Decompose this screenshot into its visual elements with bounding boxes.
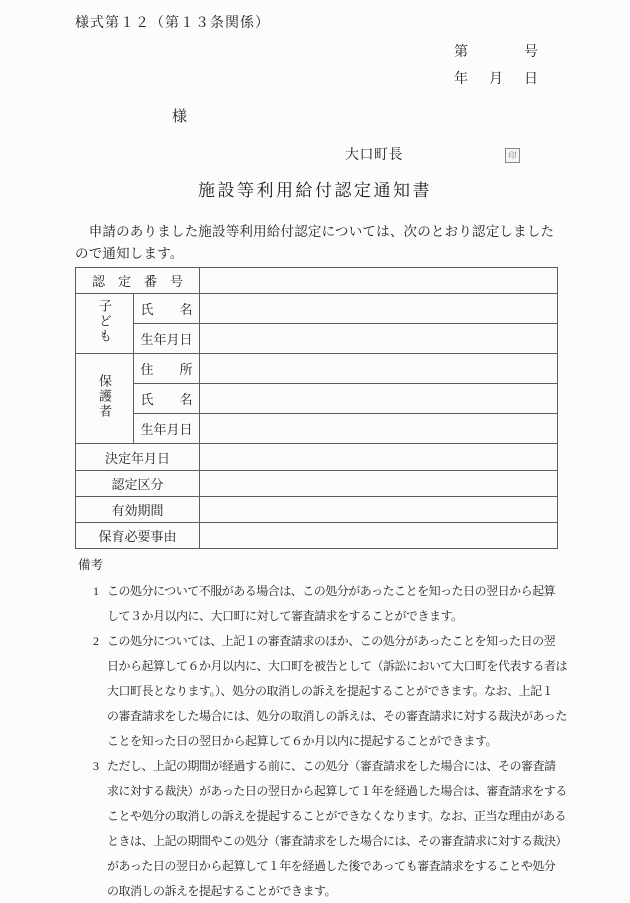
document-title: 施設等利用給付認定通知書	[0, 180, 630, 202]
remarks-item-number: 3	[93, 754, 107, 903]
label-guardian-birthdate: 生年月日	[134, 414, 200, 444]
value-child-birthdate	[200, 324, 558, 354]
remarks-item-text: この処分について不服がある場合は、この処分があったことを知った日の翌日から起算 …	[107, 579, 570, 629]
remarks-line: の審査請求をした場合には、処分の取消しの訴えは、その審査請求に対する裁決があった	[107, 704, 570, 729]
value-cert-number	[200, 268, 558, 294]
doc-number-prefix: 第	[454, 44, 468, 61]
doc-number-suffix: 号	[524, 44, 538, 61]
remarks-item: 1 この処分について不服がある場合は、この処分があったことを知った日の翌日から起…	[93, 579, 570, 629]
remarks-line: の取消しの訴えを提起することができます。	[107, 879, 570, 903]
label-valid-period: 有効期間	[76, 497, 200, 523]
date-line: 年 月 日	[454, 71, 538, 88]
remarks-line: ことを知った日の翌日から起算して６か月以内に提起することができます。	[107, 729, 570, 754]
label-guardian-name: 氏 名	[134, 384, 200, 414]
value-guardian-address	[200, 354, 558, 384]
group-label-guardian-text: 保護者	[98, 374, 111, 419]
label-child-birthdate: 生年月日	[134, 324, 200, 354]
remarks-item-number: 2	[93, 629, 107, 754]
value-guardian-birthdate	[200, 414, 558, 444]
remarks-item-text: この処分については、上記１の審査請求のほか、この処分があったことを知った日の翌 …	[107, 629, 570, 754]
remarks-line: して３か月以内に、大口町に対して審査請求をすることができます。	[107, 604, 570, 629]
value-guardian-name	[200, 384, 558, 414]
remarks-line: この処分について不服がある場合は、この処分があったことを知った日の翌日から起算	[107, 579, 570, 604]
value-certification-category	[200, 471, 558, 497]
date-month-label: 月	[489, 71, 503, 88]
remarks-line: ただし、上記の期間が経過する前に、この処分（審査請求をした場合には、その審査請	[107, 754, 570, 779]
group-label-guardian: 保護者	[76, 354, 134, 444]
intro-paragraph: 申請のありました施設等利用給付認定については、次のとおり認定しました ので通知し…	[75, 221, 558, 265]
seal-character: 印	[509, 150, 517, 161]
intro-line: 申請のありました施設等利用給付認定については、次のとおり認定しました	[75, 221, 558, 243]
remarks-item: 3 ただし、上記の期間が経過する前に、この処分（審査請求をした場合には、その審査…	[93, 754, 570, 903]
label-cert-number-text: 認 定 番 号	[92, 274, 183, 289]
issuer-name: 大口町長	[345, 147, 403, 164]
remarks-line: 求に対する裁決）があった日の翌日から起算して１年を経過した場合は、審査請求をする	[107, 779, 570, 804]
label-decision-date: 決定年月日	[76, 444, 200, 471]
value-childcare-need-reason	[200, 523, 558, 549]
intro-line: ので通知します。	[75, 243, 558, 265]
remarks-item-text: ただし、上記の期間が経過する前に、この処分（審査請求をした場合には、その審査請 …	[107, 754, 570, 903]
remarks-line: 大口町長となります。）、処分の取消しの訴えを提起することができます。なお、上記１	[107, 679, 570, 704]
label-child-name: 氏 名	[134, 294, 200, 324]
form-code: 様式第１２（第１３条関係）	[75, 15, 630, 32]
label-guardian-address: 住 所	[134, 354, 200, 384]
remarks-line: この処分については、上記１の審査請求のほか、この処分があったことを知った日の翌	[107, 629, 570, 654]
remarks-line: があった日の翌日から起算して１年を経過した後であっても審査請求をすることや処分	[107, 854, 570, 879]
remarks-line: 日から起算して６か月以内に、大口町を被告として（訴訟において大口町を代表する者は	[107, 654, 570, 679]
remarks-line: ことや処分の取消しの訴えを提起することができなくなります。なお、正当な理由がある	[107, 804, 570, 829]
remarks-label: 備考	[78, 558, 630, 573]
remarks-item: 2 この処分については、上記１の審査請求のほか、この処分があったことを知った日の…	[93, 629, 570, 754]
label-childcare-need-reason: 保育必要事由	[76, 523, 200, 549]
issuer-row: 大口町長 印	[0, 147, 630, 164]
document-page: 様式第１２（第１３条関係） 第 号 年 月 日 様 大口町長 印 施設等利用給付…	[0, 0, 630, 903]
seal-mark-icon: 印	[505, 148, 520, 163]
doc-number-line: 第 号	[454, 44, 538, 61]
label-certification-category: 認定区分	[76, 471, 200, 497]
label-cert-number: 認 定 番 号	[76, 268, 200, 294]
date-day-label: 日	[524, 71, 538, 88]
remarks-list: 1 この処分について不服がある場合は、この処分があったことを知った日の翌日から起…	[93, 579, 570, 903]
group-label-child: 子ども	[76, 294, 134, 354]
remarks-item-number: 1	[93, 579, 107, 629]
certification-table: 認 定 番 号 子ども 氏 名 生年月日 保護者 住 所 氏 名	[75, 267, 558, 549]
value-valid-period	[200, 497, 558, 523]
value-decision-date	[200, 444, 558, 471]
value-child-name	[200, 294, 558, 324]
addressee-honorific: 様	[172, 108, 630, 126]
group-label-child-text: 子ども	[98, 299, 111, 344]
date-year-label: 年	[454, 71, 468, 88]
remarks-line: ときは、上記の期間やこの処分（審査請求をした場合には、その審査請求に対する裁決）	[107, 829, 570, 854]
